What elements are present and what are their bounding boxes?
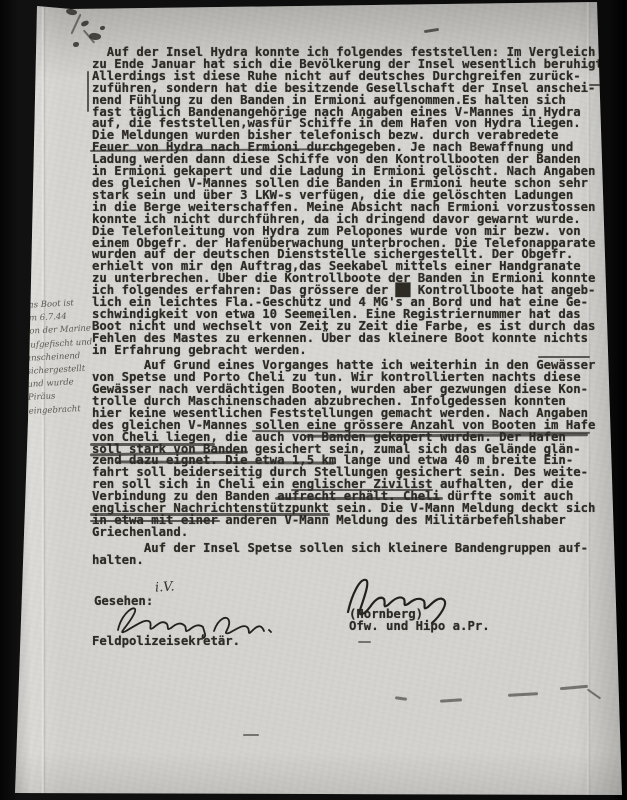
right-signer-title: Ofw. und Hipo a.Pr. xyxy=(349,620,490,632)
document-page: Auf der Insel Hydra konnte ich folgendes… xyxy=(0,0,627,800)
signature-block: Gesehen: i.V. Feldpolizeisekretär. (Horn… xyxy=(0,0,627,800)
left-signer-title: Feldpolizeisekretär. xyxy=(92,635,240,647)
photo-background: Auf der Insel Hydra konnte ich folgendes… xyxy=(0,0,627,800)
iv-handwritten: i.V. xyxy=(155,580,175,594)
